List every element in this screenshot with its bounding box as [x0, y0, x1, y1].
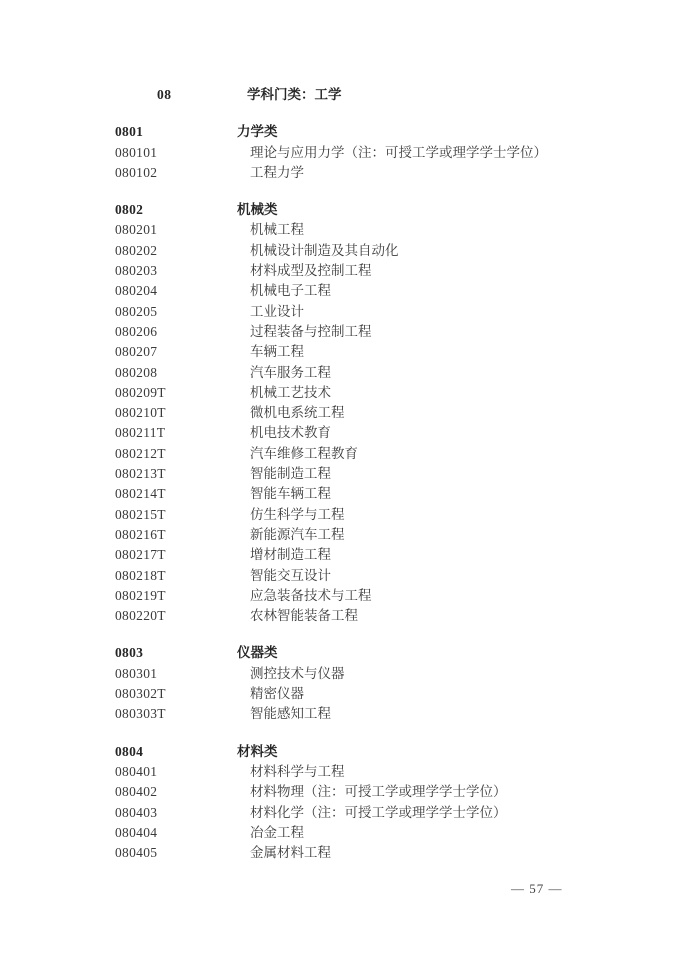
major-name: 智能交互设计: [237, 566, 331, 586]
major-name: 工程力学: [237, 163, 304, 183]
major-code: 080211T: [115, 423, 237, 443]
major-code: 080218T: [115, 566, 237, 586]
major-name: 过程装备与控制工程: [237, 322, 372, 342]
document-page: 08 学科门类：工学 0801力学类080101理论与应用力学（注：可授工学或理…: [0, 0, 677, 958]
major-code: 080213T: [115, 464, 237, 484]
major-name: 智能感知工程: [237, 704, 331, 724]
major-code: 080303T: [115, 704, 237, 724]
major-code: 080208: [115, 363, 237, 383]
major-code: 080404: [115, 823, 237, 843]
major-code: 080202: [115, 241, 237, 261]
major-code: 080102: [115, 163, 237, 183]
major-name: 工业设计: [237, 302, 304, 322]
major-row: 080402材料物理（注：可授工学或理学学士学位）: [0, 782, 677, 802]
sections-list: 0801力学类080101理论与应用力学（注：可授工学或理学学士学位）08010…: [0, 122, 677, 863]
major-name: 增材制造工程: [237, 545, 331, 565]
major-code: 080219T: [115, 586, 237, 606]
major-code: 080201: [115, 220, 237, 240]
major-row: 080209T机械工艺技术: [0, 383, 677, 403]
major-row: 080101理论与应用力学（注：可授工学或理学学士学位）: [0, 143, 677, 163]
major-row: 080214T智能车辆工程: [0, 484, 677, 504]
major-name: 仿生科学与工程: [237, 505, 345, 525]
major-name: 测控技术与仪器: [237, 664, 345, 684]
major-name: 机械工艺技术: [237, 383, 331, 403]
major-code: 080210T: [115, 403, 237, 423]
discipline-section: 0804材料类080401材料科学与工程080402材料物理（注：可授工学或理学…: [0, 742, 677, 864]
major-code: 080301: [115, 664, 237, 684]
major-name: 微机电系统工程: [237, 403, 345, 423]
major-name: 机械设计制造及其自动化: [237, 241, 399, 261]
discipline-category-title: 学科门类：工学: [247, 85, 342, 105]
category-code: 0801: [115, 122, 237, 142]
major-code: 080203: [115, 261, 237, 281]
major-row: 080216T新能源汽车工程: [0, 525, 677, 545]
discipline-section: 0803仪器类080301测控技术与仪器080302T精密仪器080303T智能…: [0, 643, 677, 724]
major-row: 080303T智能感知工程: [0, 704, 677, 724]
category-name: 机械类: [237, 200, 278, 220]
major-name: 冶金工程: [237, 823, 304, 843]
major-name: 理论与应用力学（注：可授工学或理学学士学位）: [237, 143, 547, 163]
major-row: 080218T智能交互设计: [0, 566, 677, 586]
major-name: 农林智能装备工程: [237, 606, 358, 626]
major-row: 080208汽车服务工程: [0, 363, 677, 383]
major-row: 080404冶金工程: [0, 823, 677, 843]
major-name: 汽车维修工程教育: [237, 444, 358, 464]
major-row: 080207车辆工程: [0, 342, 677, 362]
major-code: 080212T: [115, 444, 237, 464]
major-name: 材料物理（注：可授工学或理学学士学位）: [237, 782, 507, 802]
major-row: 080202机械设计制造及其自动化: [0, 241, 677, 261]
major-row: 080210T微机电系统工程: [0, 403, 677, 423]
major-name: 机械电子工程: [237, 281, 331, 301]
category-row: 0803仪器类: [0, 643, 677, 663]
category-row: 0804材料类: [0, 742, 677, 762]
major-code: 080214T: [115, 484, 237, 504]
major-row: 080212T汽车维修工程教育: [0, 444, 677, 464]
major-row: 080201机械工程: [0, 220, 677, 240]
discipline-section: 0801力学类080101理论与应用力学（注：可授工学或理学学士学位）08010…: [0, 122, 677, 183]
discipline-category-code: 08: [157, 85, 247, 105]
major-code: 080205: [115, 302, 237, 322]
major-row: 080220T农林智能装备工程: [0, 606, 677, 626]
major-row: 080217T增材制造工程: [0, 545, 677, 565]
major-row: 080204机械电子工程: [0, 281, 677, 301]
discipline-section: 0802机械类080201机械工程080202机械设计制造及其自动化080203…: [0, 200, 677, 626]
category-row: 0802机械类: [0, 200, 677, 220]
major-code: 080217T: [115, 545, 237, 565]
category-code: 0803: [115, 643, 237, 663]
major-row: 080302T精密仪器: [0, 684, 677, 704]
major-code: 080206: [115, 322, 237, 342]
major-code: 080401: [115, 762, 237, 782]
major-row: 080102工程力学: [0, 163, 677, 183]
major-row: 080206过程装备与控制工程: [0, 322, 677, 342]
major-code: 080220T: [115, 606, 237, 626]
major-code: 080215T: [115, 505, 237, 525]
major-code: 080209T: [115, 383, 237, 403]
major-code: 080402: [115, 782, 237, 802]
major-name: 精密仪器: [237, 684, 304, 704]
major-name: 材料成型及控制工程: [237, 261, 372, 281]
category-name: 力学类: [237, 122, 278, 142]
major-code: 080302T: [115, 684, 237, 704]
major-name: 金属材料工程: [237, 843, 331, 863]
discipline-category-header: 08 学科门类：工学: [0, 85, 677, 105]
category-code: 0802: [115, 200, 237, 220]
category-name: 材料类: [237, 742, 278, 762]
major-name: 新能源汽车工程: [237, 525, 345, 545]
major-code: 080204: [115, 281, 237, 301]
category-row: 0801力学类: [0, 122, 677, 142]
major-code: 080403: [115, 803, 237, 823]
major-code: 080216T: [115, 525, 237, 545]
major-name: 材料科学与工程: [237, 762, 345, 782]
major-row: 080403材料化学（注：可授工学或理学学士学位）: [0, 803, 677, 823]
major-row: 080203材料成型及控制工程: [0, 261, 677, 281]
major-row: 080405金属材料工程: [0, 843, 677, 863]
major-row: 080401材料科学与工程: [0, 762, 677, 782]
major-name: 车辆工程: [237, 342, 304, 362]
major-row: 080215T仿生科学与工程: [0, 505, 677, 525]
major-row: 080219T应急装备技术与工程: [0, 586, 677, 606]
major-name: 智能制造工程: [237, 464, 331, 484]
major-code: 080101: [115, 143, 237, 163]
page-number: — 57 —: [511, 881, 563, 897]
major-name: 机械工程: [237, 220, 304, 240]
major-row: 080301测控技术与仪器: [0, 664, 677, 684]
major-code: 080405: [115, 843, 237, 863]
major-row: 080205工业设计: [0, 302, 677, 322]
major-name: 机电技术教育: [237, 423, 331, 443]
major-name: 汽车服务工程: [237, 363, 331, 383]
category-name: 仪器类: [237, 643, 278, 663]
major-name: 材料化学（注：可授工学或理学学士学位）: [237, 803, 507, 823]
major-code: 080207: [115, 342, 237, 362]
major-name: 智能车辆工程: [237, 484, 331, 504]
major-row: 080211T机电技术教育: [0, 423, 677, 443]
major-name: 应急装备技术与工程: [237, 586, 372, 606]
category-code: 0804: [115, 742, 237, 762]
major-row: 080213T智能制造工程: [0, 464, 677, 484]
